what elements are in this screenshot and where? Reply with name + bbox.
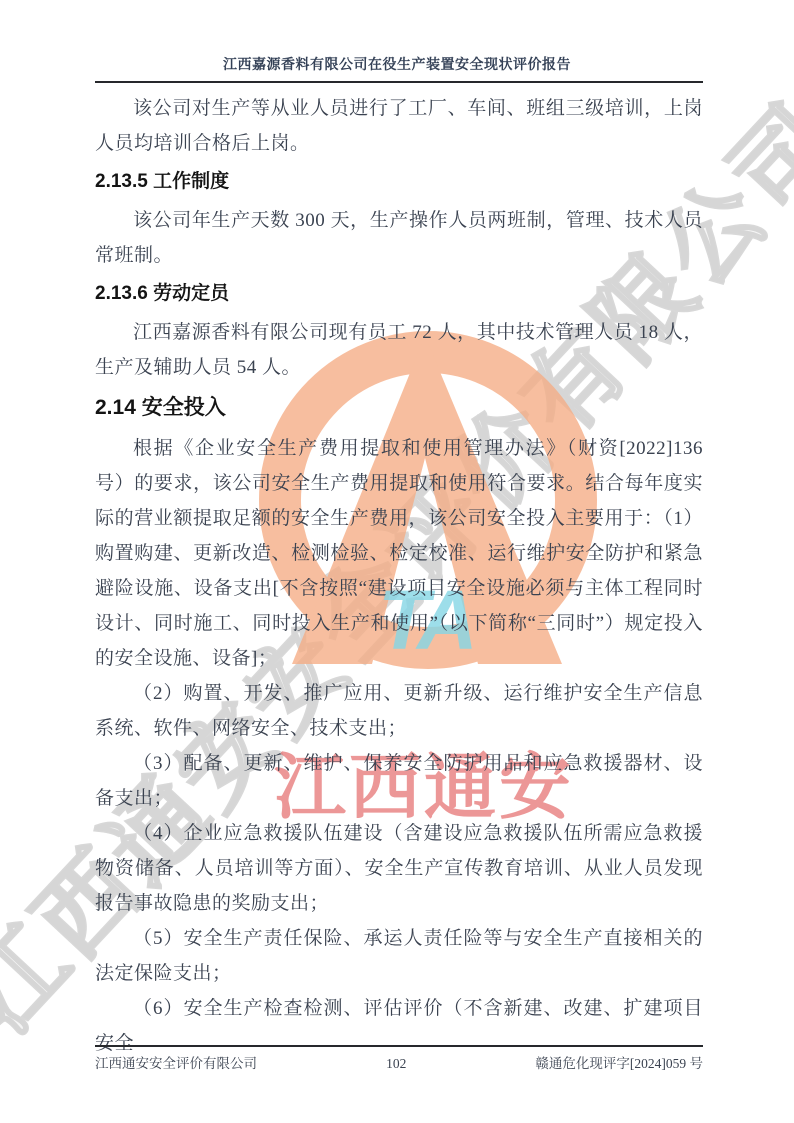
- report-header-title: 江西嘉源香料有限公司在役生产装置安全现状评价报告: [0, 54, 794, 74]
- report-page: 江西通安安全评价有限公司 TA 江西通安 江西嘉源香料有限公司在役生产装置安全现…: [0, 0, 794, 1123]
- body-paragraph: 江西嘉源香料有限公司现有员工 72 人，其中技术管理人员 18 人，生产及辅助人…: [95, 315, 703, 385]
- body-paragraph: （5）安全生产责任保险、承运人责任险等与安全生产直接相关的法定保险支出；: [95, 921, 703, 991]
- footer-company: 江西通安安全评价有限公司: [95, 1052, 257, 1072]
- body-paragraph: 该公司对生产等从业人员进行了工厂、车间、班组三级培训，上岗人员均培训合格后上岗。: [95, 91, 703, 161]
- page-footer: 江西通安安全评价有限公司 102 赣通危化现评字[2024]059 号: [95, 1052, 703, 1072]
- footer-page-number: 102: [386, 1056, 406, 1072]
- body-paragraph: （3）配备、更新、维护、保养安全防护用品和应急救援器材、设备支出；: [95, 746, 703, 816]
- body-paragraph: 根据《企业安全生产费用提取和使用管理办法》（财资[2022]136 号）的要求，…: [95, 431, 703, 676]
- section-heading-2-13-6: 2.13.6 劳动定员: [95, 273, 703, 315]
- body-paragraph: 该公司年生产天数 300 天，生产操作人员两班制，管理、技术人员常班制。: [95, 203, 703, 273]
- footer-rule: [95, 1045, 703, 1047]
- section-heading-2-14: 2.14 安全投入: [95, 385, 703, 431]
- header-rule: [95, 81, 703, 83]
- body-paragraph: （6）安全生产检查检测、评估评价（不含新建、改建、扩建项目安全: [95, 991, 703, 1061]
- footer-doc-number: 赣通危化现评字[2024]059 号: [535, 1052, 703, 1072]
- body-paragraph: （4）企业应急救援队伍建设（含建设应急救援队伍所需应急救援物资储备、人员培训等方…: [95, 816, 703, 921]
- page-content: 该公司对生产等从业人员进行了工厂、车间、班组三级培训，上岗人员均培训合格后上岗。…: [95, 91, 703, 1061]
- section-heading-2-13-5: 2.13.5 工作制度: [95, 161, 703, 203]
- document-layer: 江西嘉源香料有限公司在役生产装置安全现状评价报告 该公司对生产等从业人员进行了工…: [0, 0, 794, 1123]
- body-paragraph: （2）购置、开发、推广应用、更新升级、运行维护安全生产信息系统、软件、网络安全、…: [95, 676, 703, 746]
